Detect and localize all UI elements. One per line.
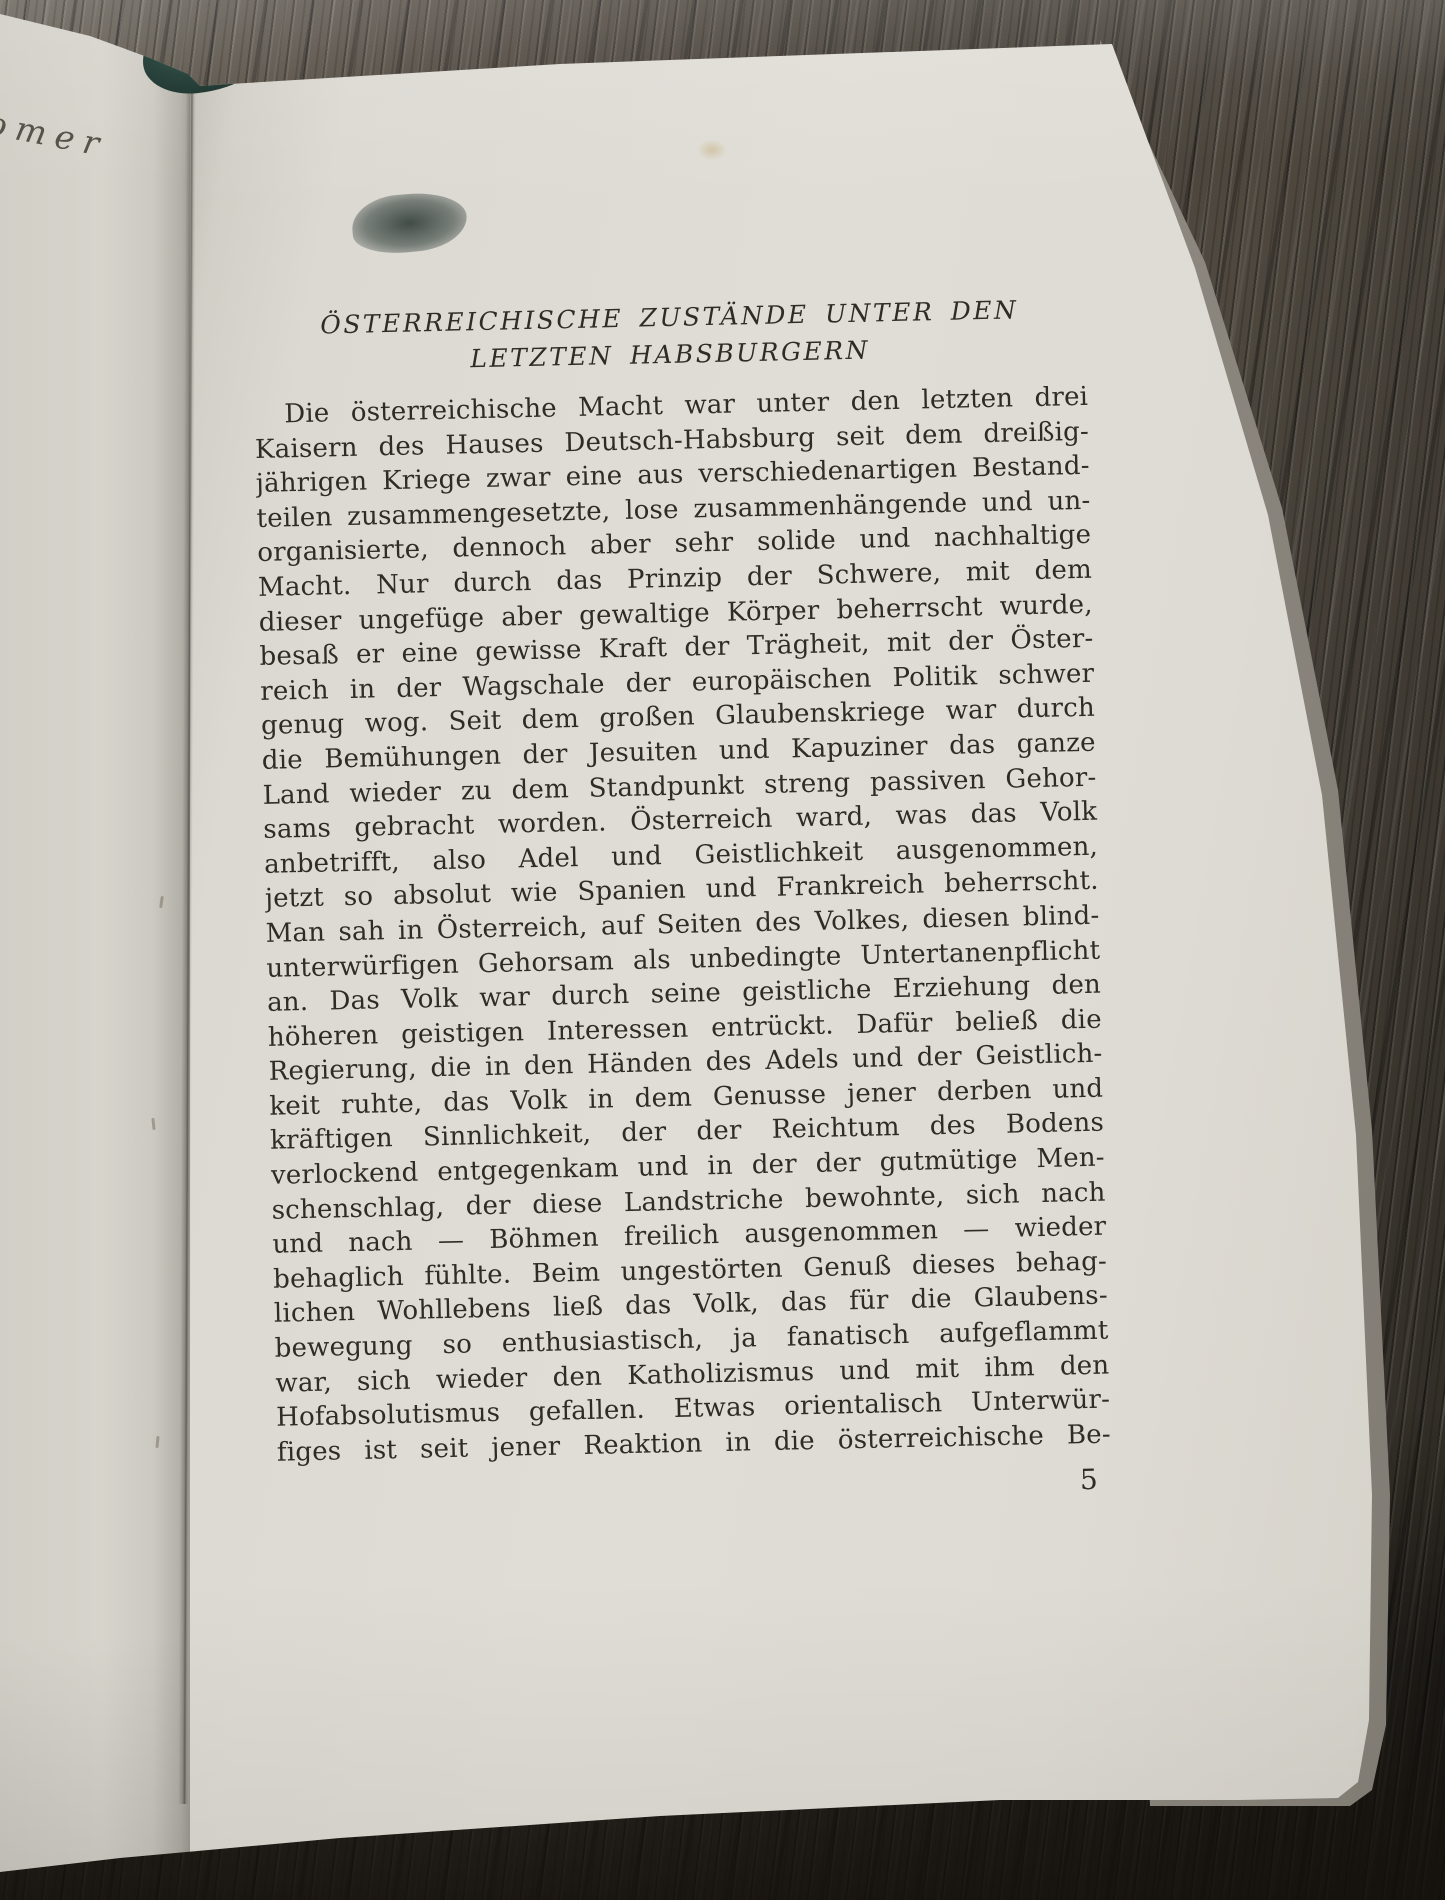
photo-of-open-book: omer ÖSTERREICHISCHE ZUSTÄNDE UNTER DEN … bbox=[0, 0, 1445, 1900]
body-text: Die österreichische Macht war unter den … bbox=[254, 380, 1111, 1470]
open-book: omer ÖSTERREICHISCHE ZUSTÄNDE UNTER DEN … bbox=[0, 0, 1445, 1900]
stitch-mark bbox=[151, 1118, 155, 1130]
stitch-mark bbox=[155, 1436, 159, 1448]
left-page-text-fragment: omer bbox=[0, 103, 148, 172]
binding-fray bbox=[174, 26, 212, 54]
paper-stain bbox=[698, 140, 726, 160]
printed-text-block: ÖSTERREICHISCHE ZUSTÄNDE UNTER DEN LETZT… bbox=[252, 290, 1112, 1516]
stitch-mark bbox=[159, 896, 164, 908]
left-page: omer bbox=[0, 0, 196, 1900]
